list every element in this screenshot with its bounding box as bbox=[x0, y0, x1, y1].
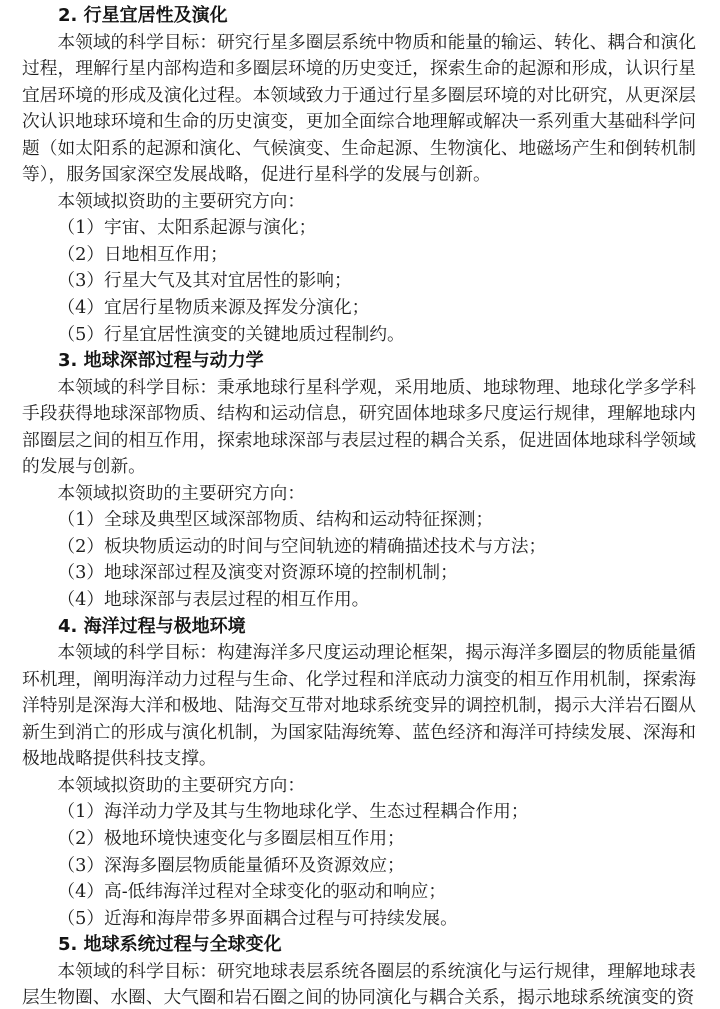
section-deep-earth: 3. 地球深部过程与动力学 本领域的科学目标：秉承地球行星科学观，采用地质、地球… bbox=[22, 348, 696, 613]
section-ocean-polar: 4. 海洋过程与极地环境 本领域的科学目标：构建海洋多尺度运动理论框架，揭示海洋… bbox=[22, 614, 696, 933]
directions-intro: 本领域拟资助的主要研究方向： bbox=[22, 189, 696, 216]
section-earth-system-global-change: 5. 地球系统过程与全球变化 本领域的科学目标：研究地球表层系统各圈层的系统演化… bbox=[22, 932, 696, 1009]
direction-item: （2）板块物质运动的时间与空间轨迹的精确描述技术与方法； bbox=[22, 534, 696, 561]
science-goal-paragraph: 本领域的科学目标：构建海洋多尺度运动理论框架，揭示海洋多圈层的物质能量循环机理，… bbox=[22, 640, 696, 773]
direction-item: （5）行星宜居性演变的关键地质过程制约。 bbox=[22, 322, 696, 349]
direction-item: （5）近海和海岸带多界面耦合过程与可持续发展。 bbox=[22, 906, 696, 933]
science-goal-paragraph: 本领域的科学目标：研究行星多圈层系统中物质和能量的输运、转化、耦合和演化过程，理… bbox=[22, 30, 696, 189]
directions-intro: 本领域拟资助的主要研究方向： bbox=[22, 481, 696, 508]
direction-item: （4）高-低纬海洋过程对全球变化的驱动和响应； bbox=[22, 879, 696, 906]
science-goal-paragraph: 本领域的科学目标：研究地球表层系统各圈层的系统演化与运行规律，理解地球表层生物圈… bbox=[22, 959, 696, 1009]
science-goal-paragraph: 本领域的科学目标：秉承地球行星科学观，采用地质、地球物理、地球化学多学科手段获得… bbox=[22, 375, 696, 481]
direction-item: （3）深海多圈层物质能量循环及资源效应； bbox=[22, 853, 696, 880]
direction-item: （3）地球深部过程及演变对资源环境的控制机制； bbox=[22, 560, 696, 587]
direction-item: （1）海洋动力学及其与生物地球化学、生态过程耦合作用； bbox=[22, 799, 696, 826]
direction-item: （4）地球深部与表层过程的相互作用。 bbox=[22, 587, 696, 614]
section-heading: 4. 海洋过程与极地环境 bbox=[22, 614, 696, 641]
direction-item: （3）行星大气及其对宜居性的影响； bbox=[22, 268, 696, 295]
direction-item: （2）极地环境快速变化与多圈层相互作用； bbox=[22, 826, 696, 853]
direction-item: （1）全球及典型区域深部物质、结构和运动特征探测； bbox=[22, 507, 696, 534]
directions-intro: 本领域拟资助的主要研究方向： bbox=[22, 773, 696, 800]
section-heading: 5. 地球系统过程与全球变化 bbox=[22, 932, 696, 959]
section-heading: 2. 行星宜居性及演化 bbox=[22, 3, 696, 30]
document-page: 2. 行星宜居性及演化 本领域的科学目标：研究行星多圈层系统中物质和能量的输运、… bbox=[0, 0, 720, 1009]
direction-item: （4）宜居行星物质来源及挥发分演化； bbox=[22, 295, 696, 322]
section-planet-habitability: 2. 行星宜居性及演化 本领域的科学目标：研究行星多圈层系统中物质和能量的输运、… bbox=[22, 3, 696, 348]
section-heading: 3. 地球深部过程与动力学 bbox=[22, 348, 696, 375]
direction-item: （2）日地相互作用； bbox=[22, 242, 696, 269]
direction-item: （1）宇宙、太阳系起源与演化； bbox=[22, 215, 696, 242]
